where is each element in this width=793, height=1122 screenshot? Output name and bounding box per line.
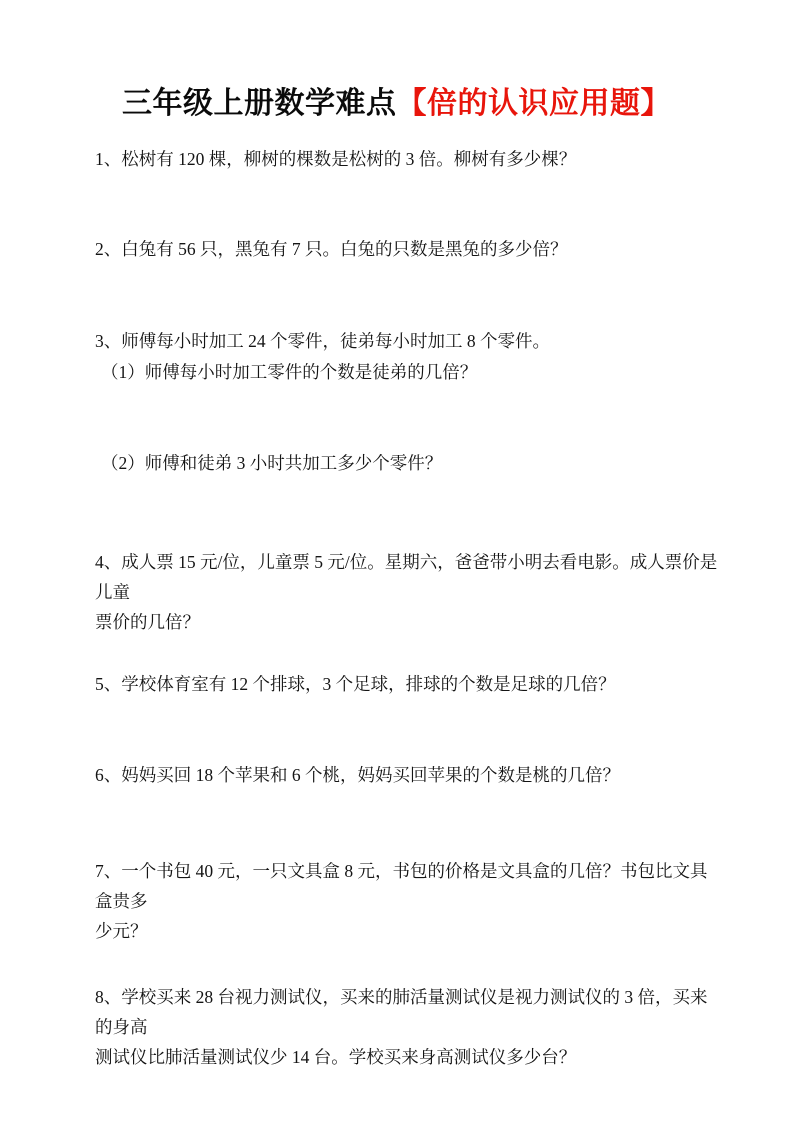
problem-3-text: 3、师傅每小时加工 24 个零件，徒弟每小时加工 8 个零件。 xyxy=(95,326,723,356)
problem-1-text: 1、松树有 120 棵，柳树的棵数是松树的 3 倍。柳树有多少棵？ xyxy=(95,144,723,174)
problem-3: 3、师傅每小时加工 24 个零件，徒弟每小时加工 8 个零件。 xyxy=(95,326,723,356)
problem-7-text-line-2: 少元？ xyxy=(95,916,723,946)
problem-6-text: 6、妈妈买回 18 个苹果和 6 个桃，妈妈买回苹果的个数是桃的几倍？ xyxy=(95,760,723,790)
problem-3-subquestion-2: （2）师傅和徒弟 3 小时共加工多少个零件？ xyxy=(101,448,729,478)
problem-3-subquestion-1-text: （1）师傅每小时加工零件的个数是徒弟的几倍？ xyxy=(101,357,729,387)
problem-7: 7、一个书包 40 元，一只文具盒 8 元，书包的价格是文具盒的几倍？书包比文具… xyxy=(95,856,723,946)
problem-8-text-line-2: 测试仪比肺活量测试仪少 14 台。学校买来身高测试仪多少台？ xyxy=(95,1042,723,1072)
problem-5: 5、学校体育室有 12 个排球，3 个足球，排球的个数是足球的几倍？ xyxy=(95,669,723,699)
problem-6: 6、妈妈买回 18 个苹果和 6 个桃，妈妈买回苹果的个数是桃的几倍？ xyxy=(95,760,723,790)
page-title: 三年级上册数学难点【倍的认识应用题】 xyxy=(0,84,793,124)
problem-2: 2、白兔有 56 只，黑兔有 7 只。白兔的只数是黑兔的多少倍？ xyxy=(95,234,723,264)
problem-3-subquestion-1: （1）师傅每小时加工零件的个数是徒弟的几倍？ xyxy=(101,357,729,387)
worksheet-page: 三年级上册数学难点【倍的认识应用题】 1、松树有 120 棵，柳树的棵数是松树的… xyxy=(0,0,793,1122)
title-main-text: 三年级上册数学难点 xyxy=(122,87,397,120)
problem-4-text-line-1: 4、成人票 15 元/位，儿童票 5 元/位。星期六，爸爸带小明去看电影。成人票… xyxy=(95,547,723,607)
problem-7-text-line-1: 7、一个书包 40 元，一只文具盒 8 元，书包的价格是文具盒的几倍？书包比文具… xyxy=(95,856,723,916)
problem-8-text-line-1: 8、学校买来 28 台视力测试仪，买来的肺活量测试仪是视力测试仪的 3 倍，买来… xyxy=(95,982,723,1042)
problem-3-subquestion-2-text: （2）师傅和徒弟 3 小时共加工多少个零件？ xyxy=(101,448,729,478)
problem-5-text: 5、学校体育室有 12 个排球，3 个足球，排球的个数是足球的几倍？ xyxy=(95,669,723,699)
problem-4-text-line-2: 票价的几倍？ xyxy=(95,607,723,637)
problem-8: 8、学校买来 28 台视力测试仪，买来的肺活量测试仪是视力测试仪的 3 倍，买来… xyxy=(95,982,723,1072)
problem-4: 4、成人票 15 元/位，儿童票 5 元/位。星期六，爸爸带小明去看电影。成人票… xyxy=(95,547,723,637)
title-highlight-text: 【倍的认识应用题】 xyxy=(397,87,672,120)
problem-1: 1、松树有 120 棵，柳树的棵数是松树的 3 倍。柳树有多少棵？ xyxy=(95,144,723,174)
problem-2-text: 2、白兔有 56 只，黑兔有 7 只。白兔的只数是黑兔的多少倍？ xyxy=(95,234,723,264)
